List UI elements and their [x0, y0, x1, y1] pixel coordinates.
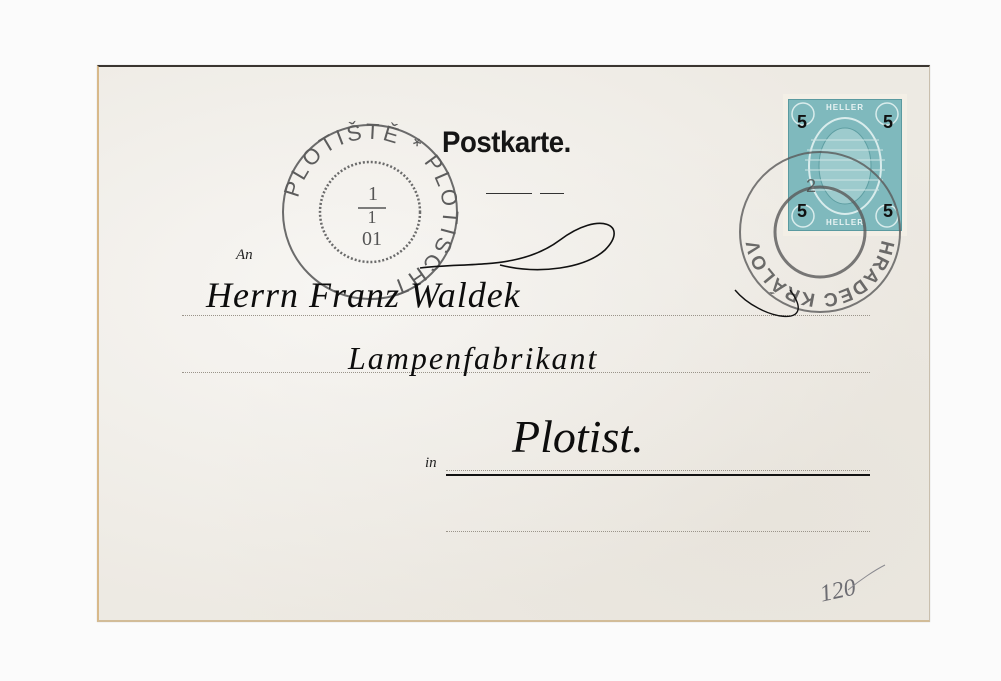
pencil-stroke — [0, 0, 1001, 681]
